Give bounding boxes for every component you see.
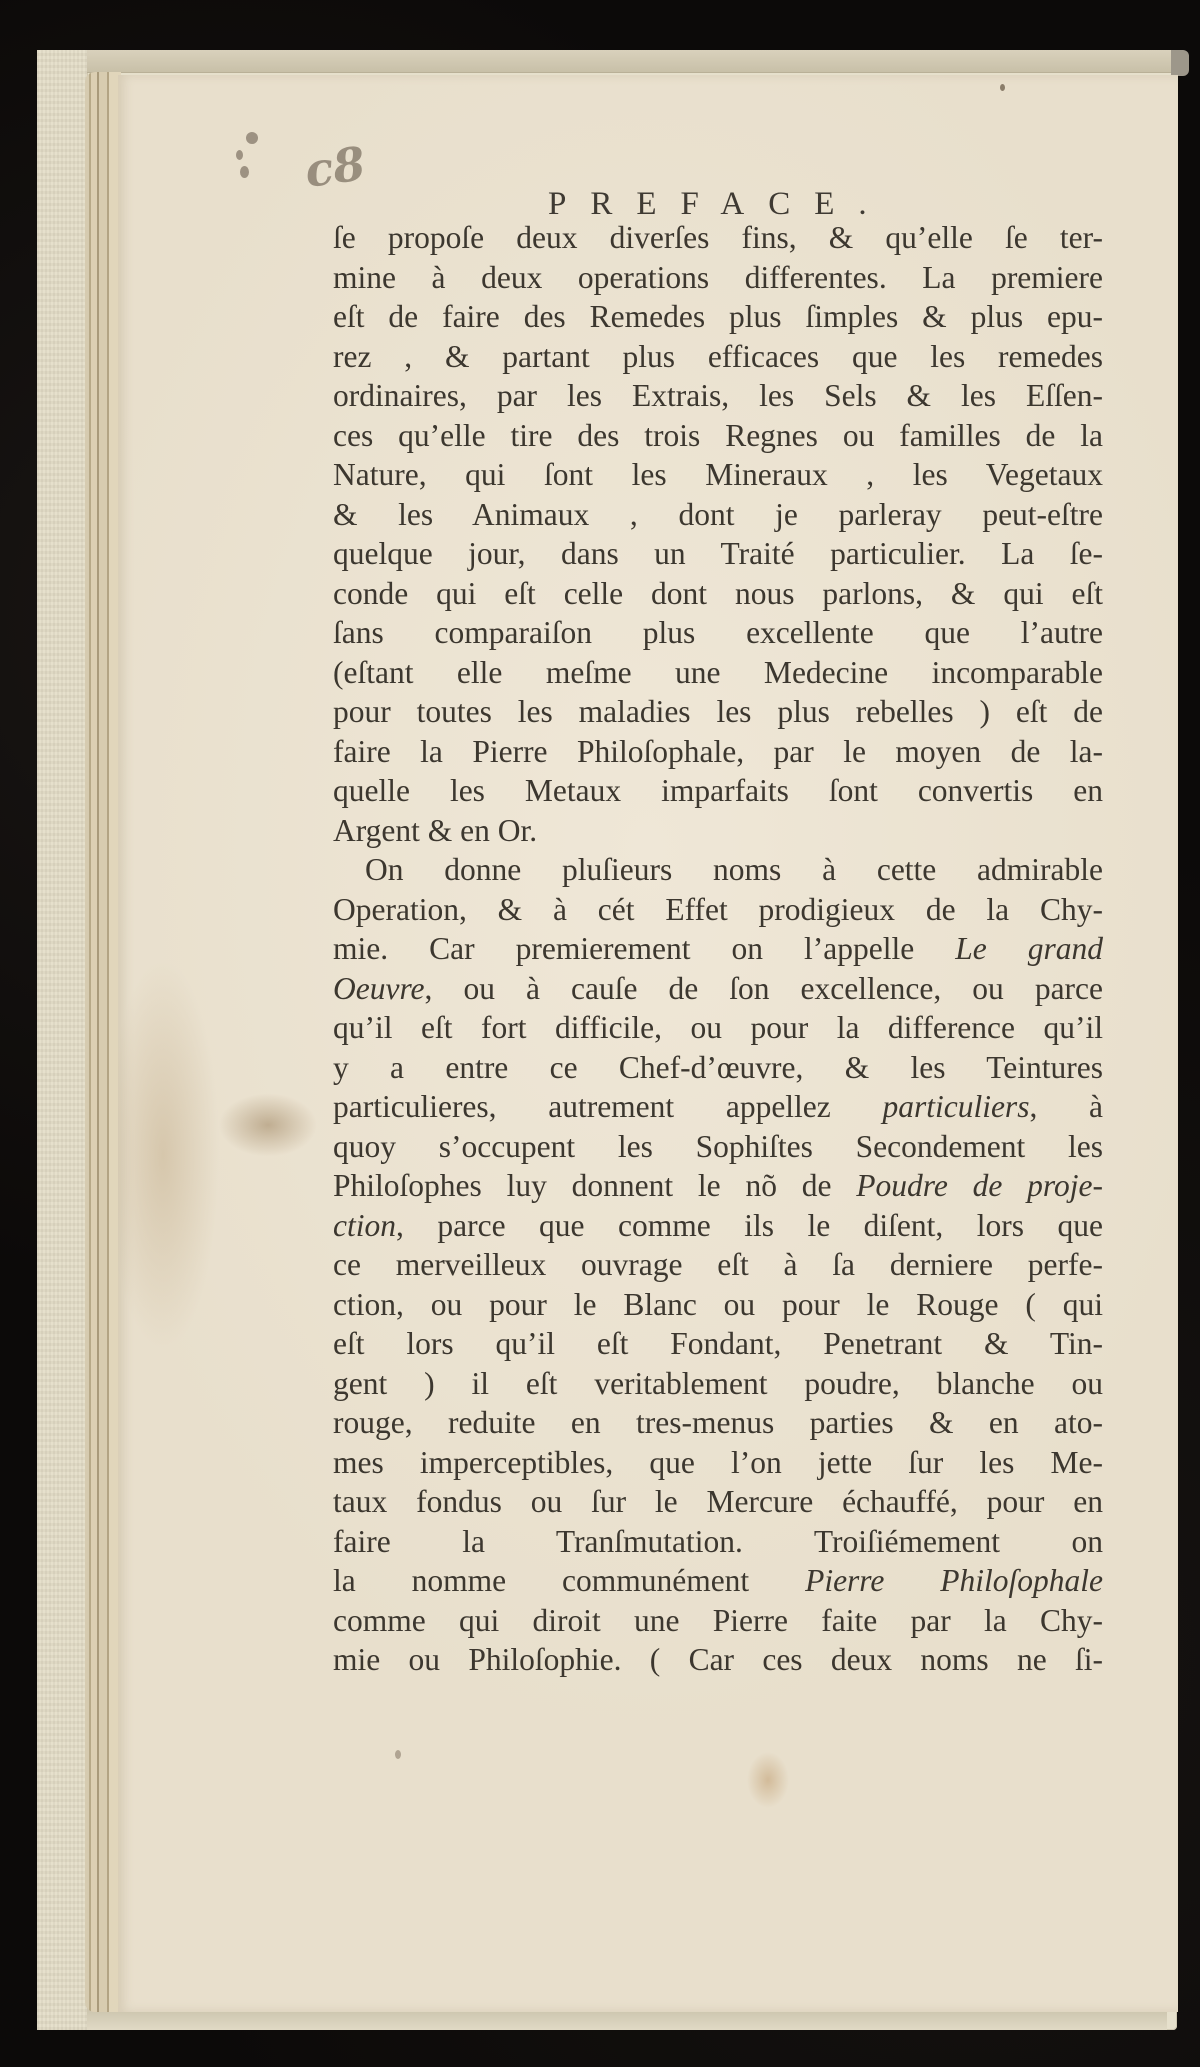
line-text: eſt de faire des Remedes plus ſimples & … xyxy=(333,299,1103,334)
text-line: qu’il eſt fort difficile, ou pour la dif… xyxy=(333,1008,1103,1048)
text-line: faire la Tranſmutation. Troiſiémement on xyxy=(333,1522,1103,1562)
text-line: mes imperceptibles, que l’on jette ſur l… xyxy=(333,1443,1103,1483)
italic-term: Poudre de proje- xyxy=(856,1168,1103,1203)
line-text: faire la Pierre Philoſophale, par le moy… xyxy=(333,734,1103,769)
line-text: On donne pluſieurs noms à cette admirabl… xyxy=(365,852,1103,887)
line-text: , ou à cauſe de ſon excellence, ou parce xyxy=(425,971,1103,1006)
line-text: ces qu’elle tire des trois Regnes ou fam… xyxy=(333,418,1103,453)
text-line: Operation, & à cét Effet prodigieux de l… xyxy=(333,890,1103,930)
text-line: quelque jour, dans un Traité particulier… xyxy=(333,534,1103,574)
text-line: comme qui diroit une Pierre faite par la… xyxy=(333,1601,1103,1641)
cover-spine xyxy=(37,50,88,2030)
line-text: eſt lors qu’il eſt Fondant, Penetrant & … xyxy=(333,1326,1103,1361)
text-line: ction, ou pour le Blanc ou pour le Rouge… xyxy=(333,1285,1103,1325)
line-text: quelque jour, dans un Traité particulier… xyxy=(333,536,1103,571)
folio-mark: c8 xyxy=(302,136,369,198)
line-text: gent ) il eſt veritablement poudre, blan… xyxy=(333,1366,1103,1401)
text-line: Philoſophes luy donnent le nõ de Poudre … xyxy=(333,1166,1103,1206)
text-line: mine à deux operations differentes. La p… xyxy=(333,258,1103,298)
text-line: ce merveilleux ouvrage eſt à ſa derniere… xyxy=(333,1245,1103,1285)
text-line: quelle les Metaux imparfaits ſont conver… xyxy=(333,771,1103,811)
line-text: Philoſophes luy donnent le nõ de xyxy=(333,1168,856,1203)
line-text: mine à deux operations differentes. La p… xyxy=(333,260,1103,295)
paper-speck xyxy=(1000,84,1005,91)
text-line: pour toutes les maladies les plus rebell… xyxy=(333,692,1103,732)
ink-spatter-icon xyxy=(232,132,262,192)
text-line: eſt de faire des Remedes plus ſimples & … xyxy=(333,297,1103,337)
line-text: ſe propoſe deux diverſes fins, & qu’elle… xyxy=(333,220,1103,255)
text-line: mie. Car premierement on l’appelle Le gr… xyxy=(333,929,1103,969)
line-text: quoy s’occupent les Sophiſtes Secondemen… xyxy=(333,1129,1103,1164)
line-text: mie. Car premierement on l’appelle xyxy=(333,931,955,966)
text-line: ſe propoſe deux diverſes fins, & qu’elle… xyxy=(333,218,1103,258)
text-line: ſans comparaiſon plus excellente que l’a… xyxy=(333,613,1103,653)
stacked-page-edges xyxy=(85,72,121,2012)
line-text: faire la Tranſmutation. Troiſiémement on xyxy=(333,1524,1103,1559)
line-text: ce merveilleux ouvrage eſt à ſa derniere… xyxy=(333,1247,1103,1282)
line-text: particulieres, autrement appellez xyxy=(333,1089,882,1124)
line-text: ordinaires, par les Extrais, les Sels & … xyxy=(333,378,1103,413)
text-line: y a entre ce Chef-d’œuvre, & les Teintur… xyxy=(333,1048,1103,1088)
text-line: rez , & partant plus efficaces que les r… xyxy=(333,337,1103,377)
text-line: ces qu’elle tire des trois Regnes ou fam… xyxy=(333,416,1103,456)
line-text: quelle les Metaux imparfaits ſont conver… xyxy=(333,773,1103,808)
line-text: Nature, qui ſont les Mineraux , les Vege… xyxy=(333,457,1103,492)
line-text: qu’il eſt fort difficile, ou pour la dif… xyxy=(333,1010,1103,1045)
line-text: taux fondus ou ſur le Mercure échauffé, … xyxy=(333,1484,1103,1519)
text-line: On donne pluſieurs noms à cette admirabl… xyxy=(333,850,1103,890)
cover-clasp-tab xyxy=(1171,50,1189,76)
line-text: ſans comparaiſon plus excellente que l’a… xyxy=(333,615,1103,650)
text-line: rouge, reduite en tres-menus parties & e… xyxy=(333,1403,1103,1443)
paper-speck xyxy=(395,1750,401,1759)
text-line: particulieres, autrement appellez partic… xyxy=(333,1087,1103,1127)
text-line: eſt lors qu’il eſt Fondant, Penetrant & … xyxy=(333,1324,1103,1364)
text-line: mie ou Philoſophie. ( Car ces deux noms … xyxy=(333,1640,1103,1680)
cover-top-edge xyxy=(87,50,1177,73)
line-text: comme qui diroit une Pierre faite par la… xyxy=(333,1603,1103,1638)
text-line: & les Animaux , dont je parleray peut-eſ… xyxy=(333,495,1103,535)
line-text: Argent & en Or. xyxy=(333,813,537,848)
italic-term: Le grand xyxy=(955,931,1103,966)
line-text: rez , & partant plus efficaces que les r… xyxy=(333,339,1103,374)
text-line: Oeuvre, ou à cauſe de ſon excellence, ou… xyxy=(333,969,1103,1009)
text-line: la nomme communément Pierre Philoſophale xyxy=(333,1561,1103,1601)
line-text: (eſtant elle meſme une Medecine incompar… xyxy=(333,655,1103,690)
italic-term: Oeuvre xyxy=(333,971,425,1006)
italic-term: ction xyxy=(333,1208,396,1243)
text-line: quoy s’occupent les Sophiſtes Secondemen… xyxy=(333,1127,1103,1167)
line-text: & les Animaux , dont je parleray peut-eſ… xyxy=(333,497,1103,532)
line-text: , parce que comme ils le diſent, lors qu… xyxy=(396,1208,1103,1243)
line-text: rouge, reduite en tres-menus parties & e… xyxy=(333,1405,1103,1440)
line-text: y a entre ce Chef-d’œuvre, & les Teintur… xyxy=(333,1050,1103,1085)
text-line: gent ) il eſt veritablement poudre, blan… xyxy=(333,1364,1103,1404)
line-text: , à xyxy=(1029,1089,1103,1124)
text-line: faire la Pierre Philoſophale, par le moy… xyxy=(333,732,1103,772)
line-text: mie ou Philoſophie. ( Car ces deux noms … xyxy=(333,1642,1103,1677)
italic-term: Pierre Philoſophale xyxy=(805,1563,1103,1598)
text-line: ordinaires, par les Extrais, les Sels & … xyxy=(333,376,1103,416)
line-text: pour toutes les maladies les plus rebell… xyxy=(333,694,1103,729)
line-text: Operation, & à cét Effet prodigieux de l… xyxy=(333,892,1103,927)
italic-term: particuliers xyxy=(882,1089,1029,1124)
line-text: ction, ou pour le Blanc ou pour le Rouge… xyxy=(333,1287,1103,1322)
text-line: (eſtant elle meſme une Medecine incompar… xyxy=(333,653,1103,693)
line-text: conde qui eſt celle dont nous parlons, &… xyxy=(333,576,1103,611)
text-line: taux fondus ou ſur le Mercure échauffé, … xyxy=(333,1482,1103,1522)
line-text: mes imperceptibles, que l’on jette ſur l… xyxy=(333,1445,1103,1480)
body-text: ſe propoſe deux diverſes fins, & qu’elle… xyxy=(333,218,1103,1680)
text-line: Argent & en Or. xyxy=(333,811,1103,851)
text-line: conde qui eſt celle dont nous parlons, &… xyxy=(333,574,1103,614)
line-text: la nomme communément xyxy=(333,1563,805,1598)
text-line: ction, parce que comme ils le diſent, lo… xyxy=(333,1206,1103,1246)
text-line: Nature, qui ſont les Mineraux , les Vege… xyxy=(333,455,1103,495)
